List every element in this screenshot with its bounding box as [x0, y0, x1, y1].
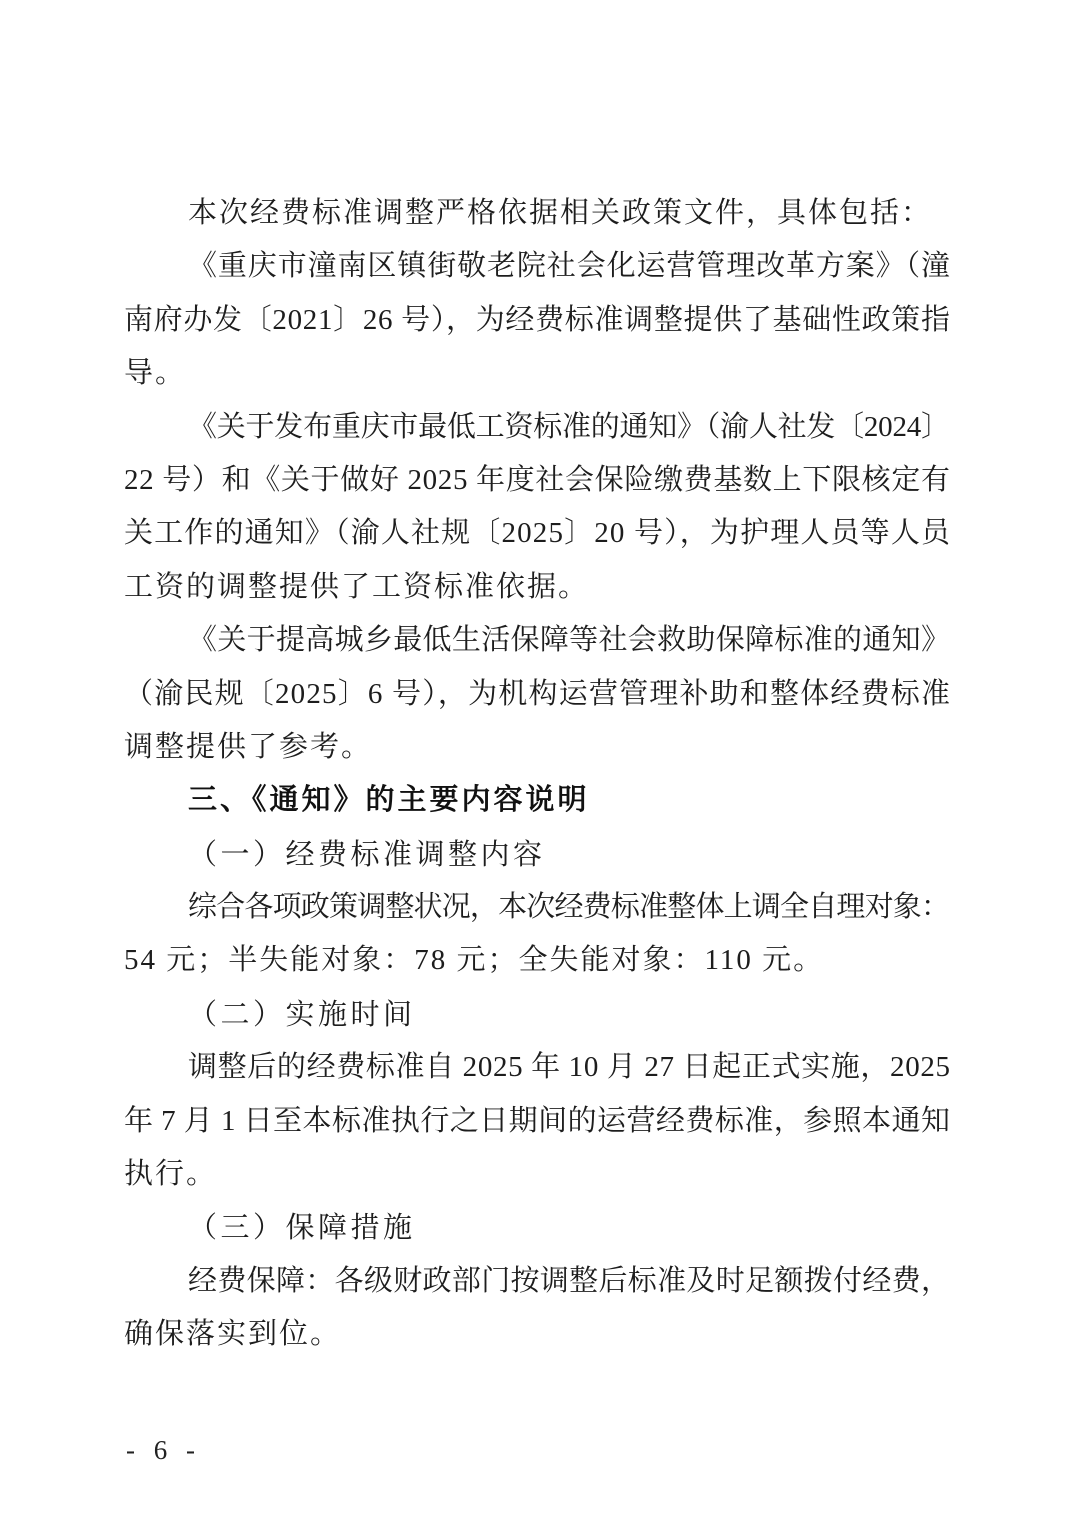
paragraph-line: 工资的调整提供了工资标准依据。 [124, 561, 950, 614]
paragraph-line: 《重庆市潼南区镇街敬老院社会化运营管理改革方案》（潼 [124, 240, 950, 293]
document-body: 本次经费标准调整严格依据相关政策文件，具体包括： 《重庆市潼南区镇街敬老院社会化… [124, 187, 950, 1362]
paragraph-line: 综合各项政策调整状况，本次经费标准整体上调全自理对象： [124, 881, 950, 934]
paragraph-line: 《关于发布重庆市最低工资标准的通知》（渝人社发〔2024〕 [124, 401, 950, 454]
line-text: （渝民规〔2025〕6 号），为机构运营管理补助和整体经费标准 [124, 678, 951, 710]
section-heading: 三、《通知》的主要内容说明 [124, 774, 950, 827]
line-text: 54 元；半失能对象：78 元；全失能对象：110 元。 [124, 944, 824, 976]
line-text: 三、《通知》的主要内容说明 [188, 784, 590, 816]
line-text: 确保落实到位。 [124, 1318, 341, 1350]
line-text: 综合各项政策调整状况，本次经费标准整体上调全自理对象： [188, 891, 949, 923]
line-text: （三）保障措施 [188, 1210, 416, 1244]
line-text: 南府办发〔2021〕26 号），为经费标准调整提供了基础性政策指 [124, 304, 951, 336]
paragraph-line: 关工作的通知》（渝人社规〔2025〕20 号），为护理人员等人员 [124, 507, 950, 560]
subsection-heading: （三）保障措施 [124, 1201, 950, 1254]
paragraph-line: 经费保障：各级财政部门按调整后标准及时足额拨付经费， [124, 1255, 950, 1308]
line-text: 本次经费标准调整严格依据相关政策文件，具体包括： [188, 197, 932, 229]
paragraph-line: 年 7 月 1 日至本标准执行之日期间的运营经费标准，参照本通知 [124, 1095, 950, 1148]
line-text: 《重庆市潼南区镇街敬老院社会化运营管理改革方案》（潼 [188, 250, 951, 282]
line-text: （二）实施时间 [188, 997, 416, 1031]
page-number: - 6 - [126, 1432, 201, 1468]
subsection-heading: （二）实施时间 [124, 988, 950, 1041]
document-page: 本次经费标准调整严格依据相关政策文件，具体包括： 《重庆市潼南区镇街敬老院社会化… [0, 0, 1074, 1520]
paragraph-line: 导。 [124, 347, 950, 400]
line-text: 调整提供了参考。 [124, 731, 372, 763]
paragraph-line: 54 元；半失能对象：78 元；全失能对象：110 元。 [124, 934, 950, 987]
paragraph-line: 执行。 [124, 1148, 950, 1201]
line-text: 执行。 [124, 1158, 217, 1190]
paragraph-line: 调整提供了参考。 [124, 721, 950, 774]
line-text: 经费保障：各级财政部门按调整后标准及时足额拨付经费， [188, 1265, 950, 1297]
line-text: （一）经费标准调整内容 [188, 837, 546, 871]
paragraph-line: 调整后的经费标准自 2025 年 10 月 27 日起正式实施，2025 [124, 1041, 950, 1094]
line-text: 调整后的经费标准自 2025 年 10 月 27 日起正式实施，2025 [188, 1051, 951, 1083]
line-text: 《关于发布重庆市最低工资标准的通知》（渝人社发〔2024〕 [188, 411, 950, 443]
subsection-heading: （一）经费标准调整内容 [124, 828, 950, 881]
line-text: 年 7 月 1 日至本标准执行之日期间的运营经费标准，参照本通知 [124, 1105, 950, 1137]
paragraph-line: 《关于提高城乡最低生活保障等社会救助保障标准的通知》 [124, 614, 950, 667]
paragraph-line: 22 号）和《关于做好 2025 年度社会保险缴费基数上下限核定有 [124, 454, 950, 507]
line-text: 导。 [124, 357, 186, 389]
paragraph-line: 本次经费标准调整严格依据相关政策文件，具体包括： [124, 187, 950, 240]
paragraph-line: （渝民规〔2025〕6 号），为机构运营管理补助和整体经费标准 [124, 668, 950, 721]
paragraph-line: 确保落实到位。 [124, 1308, 950, 1361]
line-text: 关工作的通知》（渝人社规〔2025〕20 号），为护理人员等人员 [124, 517, 951, 549]
paragraph-line: 南府办发〔2021〕26 号），为经费标准调整提供了基础性政策指 [124, 294, 950, 347]
line-text: 22 号）和《关于做好 2025 年度社会保险缴费基数上下限核定有 [124, 464, 951, 496]
line-text: 工资的调整提供了工资标准依据。 [124, 571, 589, 603]
line-text: 《关于提高城乡最低生活保障等社会救助保障标准的通知》 [188, 624, 950, 656]
